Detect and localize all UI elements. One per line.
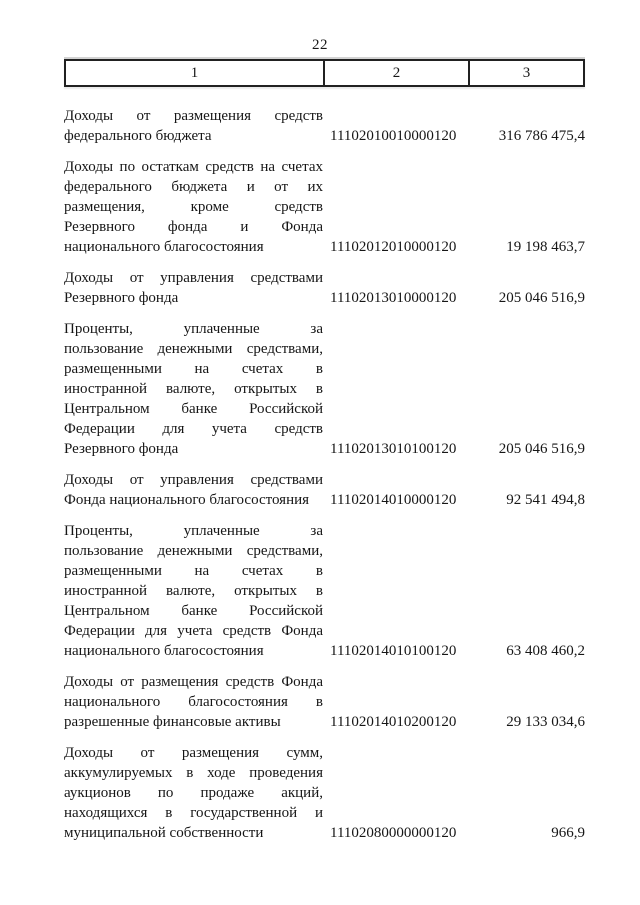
description-line: пользование денежными средствами, — [64, 339, 323, 359]
description-line: иностранной валюте, открытых в — [64, 581, 323, 601]
table-header-cell-2: 2 — [325, 61, 470, 85]
description-line: разрешенные финансовые активы — [64, 712, 323, 732]
description-line: Доходы от размещения сумм, — [64, 743, 323, 763]
row-amount: 205 046 516,9 — [468, 288, 585, 308]
description-line: Федерации для учета средств — [64, 419, 323, 439]
row-description: Доходы от размещения сумм,аккумулируемых… — [64, 743, 323, 843]
table-row: Доходы от управления средствамиФонда нац… — [64, 470, 585, 510]
row-code: 11102014010100120 — [323, 641, 468, 661]
description-line: Доходы от управления средствами — [64, 268, 323, 288]
table-body: Доходы от размещения средствфедерального… — [64, 106, 585, 854]
row-code: 11102014010200120 — [323, 712, 468, 732]
description-line: аукционов по продаже акций, — [64, 783, 323, 803]
table-header-cell-1: 1 — [66, 61, 325, 85]
description-line: пользование денежными средствами, — [64, 541, 323, 561]
row-code: 11102080000000120 — [323, 823, 468, 843]
row-description: Проценты, уплаченные запользование денеж… — [64, 521, 323, 661]
description-line: Проценты, уплаченные за — [64, 521, 323, 541]
description-line: федерального бюджета — [64, 126, 323, 146]
table-row: Доходы от размещения сумм,аккумулируемых… — [64, 743, 585, 843]
row-code: 11102012010000120 — [323, 237, 468, 257]
row-code: 11102010010000120 — [323, 126, 468, 146]
description-line: Доходы от управления средствами — [64, 470, 323, 490]
table-row: Проценты, уплаченные запользование денеж… — [64, 319, 585, 459]
row-amount: 205 046 516,9 — [468, 439, 585, 459]
row-amount: 63 408 460,2 — [468, 641, 585, 661]
description-line: Доходы от размещения средств — [64, 106, 323, 126]
row-description: Доходы от управления средствамиФонда нац… — [64, 470, 323, 510]
description-line: размещенными на счетах в — [64, 359, 323, 379]
row-amount: 29 133 034,6 — [468, 712, 585, 732]
description-line: Доходы по остаткам средств на счетах — [64, 157, 323, 177]
row-description: Доходы от управления средствамиРезервног… — [64, 268, 323, 308]
description-line: Резервного фонда — [64, 288, 323, 308]
page-number: 22 — [0, 36, 640, 54]
table-row: Доходы от управления средствамиРезервног… — [64, 268, 585, 308]
row-amount: 316 786 475,4 — [468, 126, 585, 146]
table-header-cell-3: 3 — [470, 61, 583, 85]
row-amount: 19 198 463,7 — [468, 237, 585, 257]
row-code: 11102013010100120 — [323, 439, 468, 459]
description-line: размещенными на счетах в — [64, 561, 323, 581]
description-line: Центральном банке Российской — [64, 399, 323, 419]
table-row: Доходы по остаткам средств на счетахфеде… — [64, 157, 585, 257]
row-description: Проценты, уплаченные запользование денеж… — [64, 319, 323, 459]
description-line: Доходы от размещения средств Фонда — [64, 672, 323, 692]
description-line: национального благосостояния — [64, 641, 323, 661]
row-code: 11102013010000120 — [323, 288, 468, 308]
row-description: Доходы от размещения средств Фонданацион… — [64, 672, 323, 732]
table-row: Доходы от размещения средств Фонданацион… — [64, 672, 585, 732]
description-line: Проценты, уплаченные за — [64, 319, 323, 339]
description-line: национального благосостояния — [64, 237, 323, 257]
description-line: Резервного фонда и Фонда — [64, 217, 323, 237]
row-code: 11102014010000120 — [323, 490, 468, 510]
description-line: Фонда национального благосостояния — [64, 490, 323, 510]
row-amount: 966,9 — [468, 823, 585, 843]
description-line: аккумулируемых в ходе проведения — [64, 763, 323, 783]
table-row: Доходы от размещения средствфедерального… — [64, 106, 585, 146]
description-line: иностранной валюте, открытых в — [64, 379, 323, 399]
description-line: федерального бюджета и от их — [64, 177, 323, 197]
table-row: Проценты, уплаченные запользование денеж… — [64, 521, 585, 661]
description-line: муниципальной собственности — [64, 823, 323, 843]
row-description: Доходы от размещения средствфедерального… — [64, 106, 323, 146]
description-line: находящихся в государственной и — [64, 803, 323, 823]
description-line: Центральном банке Российской — [64, 601, 323, 621]
table-header-row: 1 2 3 — [64, 59, 585, 87]
description-line: Резервного фонда — [64, 439, 323, 459]
description-line: национального благосостояния в — [64, 692, 323, 712]
description-line: размещения, кроме средств — [64, 197, 323, 217]
document-page: 22 1 2 3 Доходы от размещения средствфед… — [0, 0, 640, 905]
row-amount: 92 541 494,8 — [468, 490, 585, 510]
description-line: Федерации для учета средств Фонда — [64, 621, 323, 641]
row-description: Доходы по остаткам средств на счетахфеде… — [64, 157, 323, 257]
